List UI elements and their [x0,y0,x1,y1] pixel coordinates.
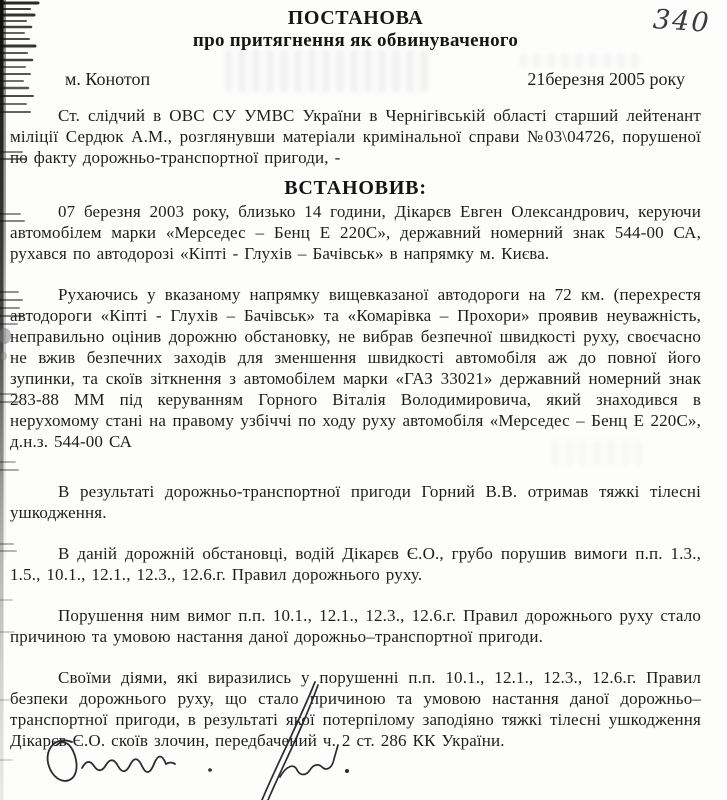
intro-paragraph: Ст. слідчий в ОВС СУ УМВС України в Черн… [10,105,701,168]
body-paragraph: В результаті дорожньо-транспортної приго… [10,481,701,523]
meta-row: м. Конотоп 21березня 2005 року [10,69,701,90]
body-paragraph: 07 березня 2003 року, близько 14 години,… [10,201,701,264]
body-paragraph: Порушення ним вимог п.п. 10.1., 12.1., 1… [10,605,701,647]
section-heading: ВСТАНОВИВ: [10,177,701,200]
document-subtitle: про притягнення як обвинуваченого [10,30,701,52]
date-label: 21березня 2005 року [527,69,685,90]
city-label: м. Конотоп [65,69,150,90]
body-paragraph: Своїми діями, які виразились у порушенні… [10,667,701,751]
document-body: ПОСТАНОВА про притягнення як обвинувачен… [10,0,701,751]
body-paragraph: В даній дорожній обстановці, водій Дікар… [10,543,701,585]
body-paragraph: Рухаючись у вказаному напрямку вищевказа… [10,284,701,452]
document-page: 340 ПОСТАНОВА про притягнення як обвинув… [0,0,727,800]
document-title: ПОСТАНОВА [10,7,701,30]
